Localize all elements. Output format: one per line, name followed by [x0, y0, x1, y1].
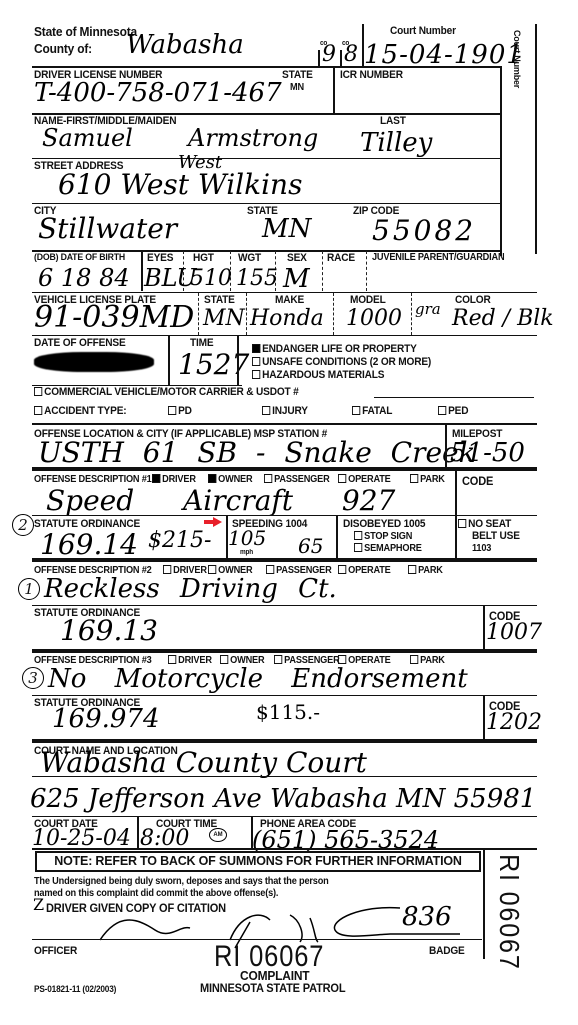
rule	[32, 558, 537, 562]
offense1-statute-value[interactable]: 169.14	[40, 528, 138, 561]
inner-right-border	[500, 66, 502, 256]
rule	[32, 515, 537, 516]
race-label: RACE	[327, 252, 355, 264]
divider	[411, 293, 412, 335]
divider	[340, 50, 342, 66]
first-name[interactable]: Samuel	[42, 124, 133, 152]
plate-value[interactable]: 91-039MD	[34, 300, 194, 335]
officer-label: OFFICER	[34, 945, 77, 957]
offense2-value[interactable]: Reckless Driving Ct.	[44, 574, 337, 604]
code-value-1[interactable]: 9	[322, 42, 336, 67]
offense1-code-label: CODE	[462, 474, 493, 488]
offense1-role-park[interactable]: PARK	[410, 474, 445, 485]
speed-limit[interactable]: 65	[298, 534, 323, 558]
accident-ped[interactable]: PED	[438, 405, 468, 417]
form-id: PS-01821-11 (02/2003)	[34, 984, 116, 994]
priority-marker-1: 1	[18, 578, 40, 600]
license-state-value[interactable]: MN	[290, 82, 304, 93]
rule	[32, 335, 537, 336]
last-name-label: LAST	[380, 115, 406, 127]
license-state-label: STATE	[282, 69, 313, 81]
hgt-label: HGT	[193, 252, 214, 264]
speed-unit: mph	[240, 549, 253, 556]
badge-value[interactable]: 836	[402, 902, 452, 932]
sex-value[interactable]: M	[283, 264, 310, 294]
street-value[interactable]: 610 West Wilkins	[58, 168, 302, 201]
color-prefix: gra	[415, 300, 441, 318]
hgt-value[interactable]: 510	[190, 266, 232, 291]
last-name[interactable]: Tilley	[360, 128, 432, 158]
divider	[445, 424, 447, 468]
code-value-2[interactable]: 8	[344, 42, 358, 67]
agency-label: MINNESOTA STATE PATROL	[200, 981, 345, 995]
divider	[318, 50, 320, 66]
model-value[interactable]: 1000	[346, 306, 402, 331]
priority-marker-2: 2	[12, 514, 34, 536]
court-name-value[interactable]: Wabasha County Court	[40, 746, 367, 779]
condition-hazmat[interactable]: HAZARDOUS MATERIALS	[252, 369, 384, 381]
divider	[483, 695, 485, 739]
divider	[246, 293, 247, 335]
offense2-role-park[interactable]: PARK	[408, 565, 443, 576]
milepost-value[interactable]: 51-50	[450, 438, 525, 468]
priority-marker-3: 3	[22, 667, 44, 689]
color-value[interactable]: Red / Blk	[452, 306, 554, 331]
court-time-ampm[interactable]: AM	[209, 828, 227, 842]
divider	[237, 336, 239, 386]
rule	[32, 739, 537, 743]
usdot-field[interactable]	[374, 397, 534, 398]
rule	[32, 467, 537, 471]
county-label: County of:	[34, 41, 92, 56]
addr-state-value[interactable]: MN	[262, 214, 311, 244]
court-number-label: Court Number	[390, 25, 456, 37]
license-value[interactable]: T-400-758-071-467	[34, 78, 282, 108]
rule	[32, 848, 537, 850]
wgt-label: WGT	[238, 252, 261, 264]
juvenile-label: JUVENILE PARENT/GUARDIAN	[372, 252, 504, 263]
accident-fatal[interactable]: FATAL	[352, 405, 392, 417]
vehicle-state-label: STATE	[204, 294, 235, 306]
seatbelt-checkbox[interactable]: NO SEAT	[458, 518, 511, 530]
model-label: MODEL	[350, 294, 386, 306]
make-label: MAKE	[275, 294, 304, 306]
red-arrow-icon	[213, 517, 222, 527]
divider	[483, 605, 485, 649]
divider	[333, 66, 335, 114]
county-value[interactable]: Wabasha	[126, 30, 244, 60]
sex-label: SEX	[287, 252, 307, 264]
divider	[168, 336, 170, 386]
accident-pd[interactable]: PD	[168, 405, 192, 417]
date-of-offense-label: DATE OF OFFENSE	[34, 337, 126, 349]
eyes-label: EYES	[147, 252, 173, 264]
divider	[455, 516, 457, 558]
divider	[141, 251, 143, 291]
oath-line-1: The Undersigned being duly sworn, depose…	[34, 876, 329, 887]
divider	[366, 251, 367, 291]
seatbelt-line3: 1103	[472, 543, 491, 554]
city-value[interactable]: Stillwater	[38, 212, 177, 245]
rule	[32, 605, 537, 606]
condition-unsafe[interactable]: UNSAFE CONDITIONS (2 OR MORE)	[252, 356, 431, 368]
divider	[198, 293, 199, 335]
divider	[322, 251, 323, 291]
rule	[32, 423, 537, 425]
divider	[137, 817, 139, 849]
offense3-fine[interactable]: $115.-	[256, 700, 320, 724]
zip-value[interactable]: 55082	[372, 214, 476, 247]
offense3-statute-value[interactable]: 169.974	[52, 704, 160, 734]
copy-given-mark[interactable]: Z	[33, 895, 44, 914]
icr-field[interactable]	[340, 84, 490, 104]
middle-name[interactable]: Armstrong	[188, 124, 318, 152]
rule	[32, 203, 502, 204]
speed-value[interactable]: 105	[228, 526, 266, 550]
badge-label: BADGE	[429, 945, 465, 957]
redaction-mark	[34, 352, 154, 372]
eyes-value[interactable]: BLU	[144, 264, 197, 292]
disobeyed-semaphore[interactable]: SEMAPHORE	[354, 543, 422, 554]
disobeyed-stop-sign[interactable]: STOP SIGN	[354, 531, 412, 542]
rule	[32, 649, 537, 653]
rule	[32, 292, 537, 293]
make-value[interactable]: Honda	[250, 306, 324, 331]
offense2-code-value[interactable]: 1007	[486, 620, 542, 645]
offense1-value[interactable]: Speed Aircraft 927	[46, 484, 395, 517]
offense2-statute-value[interactable]: 169.13	[60, 614, 158, 647]
accident-type-checkbox[interactable]: ACCIDENT TYPE:	[34, 405, 126, 417]
offense2-role-operate[interactable]: OPERATE	[338, 565, 391, 576]
dob-label: (DOB) DATE OF BIRTH	[34, 252, 125, 263]
right-border	[535, 24, 537, 254]
location-value[interactable]: USTH 61 SB - Snake Creek	[38, 436, 476, 469]
seatbelt-line2: BELT USE	[472, 530, 520, 542]
state-label: State of Minnesota	[34, 24, 137, 39]
icr-label: ICR NUMBER	[340, 69, 403, 81]
vertical-citation-number: RI 06067	[493, 854, 525, 971]
vehicle-state-value[interactable]: MN	[203, 306, 245, 331]
rule	[32, 695, 537, 696]
divider	[336, 516, 338, 558]
offense1-fine[interactable]: $215-	[148, 528, 211, 553]
header-rule	[32, 66, 502, 68]
summons-note: NOTE: REFER TO BACK OF SUMMONS FOR FURTH…	[35, 851, 481, 872]
court-address-value[interactable]: 625 Jefferson Ave Wabasha MN 55981	[30, 784, 536, 814]
commercial-vehicle-checkbox[interactable]: COMMERCIAL VEHICLE/MOTOR CARRIER & USDOT…	[34, 386, 299, 398]
disobeyed-label: DISOBEYED 1005	[343, 518, 425, 530]
divider	[333, 293, 334, 335]
dob-value[interactable]: 6 18 84	[38, 264, 130, 292]
divider	[455, 468, 457, 516]
divider	[483, 849, 485, 959]
court-number-vertical-label: Court Number	[512, 30, 522, 88]
rule	[32, 776, 537, 777]
oath-line-2: named on this complaint did commit the a…	[34, 888, 278, 899]
offense3-value[interactable]: No Motorcycle Endorsement	[48, 664, 468, 694]
rule	[32, 158, 502, 159]
offense3-code-value[interactable]: 1202	[486, 710, 542, 735]
color-label: COLOR	[455, 294, 491, 306]
condition-endanger[interactable]: ENDANGER LIFE OR PROPERTY	[252, 343, 417, 355]
accident-injury[interactable]: INJURY	[262, 405, 308, 417]
wgt-value[interactable]: 155	[236, 266, 278, 291]
rule	[32, 816, 537, 817]
